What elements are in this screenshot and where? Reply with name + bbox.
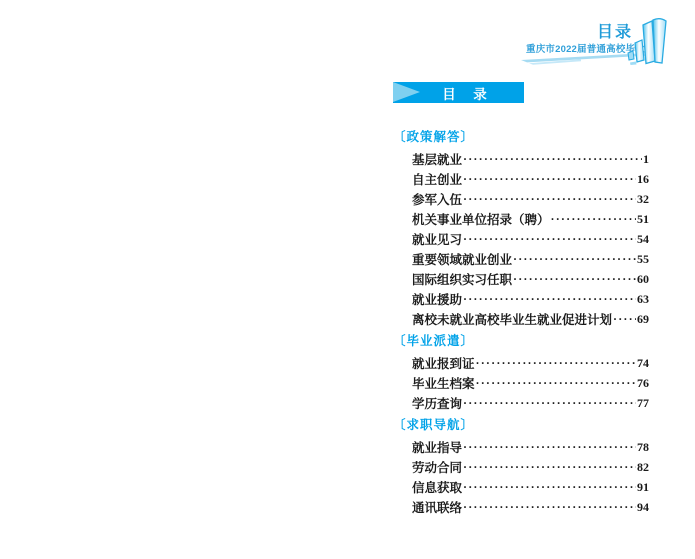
toc-entry-dot-leader: ········································…	[613, 309, 636, 329]
toc-entry-dot-leader: ········································…	[463, 229, 636, 249]
toc-section: 〔政策解答〕 基层就业 ····························…	[393, 130, 649, 329]
toc-entry-dot-leader: ········································…	[551, 209, 636, 229]
toc-entry-dot-leader: ········································…	[463, 289, 636, 309]
toc-section-rows: 就业报到证 ··································…	[393, 353, 649, 413]
toc-entry-dot-leader: ········································…	[476, 353, 636, 373]
chapter-banner-title: 目 录	[442, 83, 489, 103]
chapter-banner: 目 录	[393, 82, 524, 103]
toc-entry-page-number: 51	[637, 212, 649, 227]
toc-section-rows: 就业指导 ···································…	[393, 437, 649, 517]
toc-entry-title: 学历查询	[412, 394, 462, 412]
toc-entry-title: 自主创业	[412, 170, 462, 188]
toc-entry-title: 参军入伍	[412, 190, 462, 208]
toc-entry-page-number: 78	[637, 440, 649, 455]
toc-entry-dot-leader: ········································…	[463, 477, 636, 497]
toc-entry-page-number: 55	[637, 252, 649, 267]
toc-entry-dot-leader: ········································…	[463, 149, 642, 169]
toc-entry-page-number: 54	[637, 232, 649, 247]
toc-entry: 国际组织实习任职 ·······························…	[393, 269, 649, 289]
toc-entry-page-number: 74	[637, 356, 649, 371]
toc-entry: 就业指导 ···································…	[393, 437, 649, 457]
toc-entry: 参军入伍 ···································…	[393, 189, 649, 209]
toc-entry: 通讯联络 ···································…	[393, 497, 649, 517]
toc-entry-dot-leader: ········································…	[463, 189, 636, 209]
toc-entry: 信息获取 ···································…	[393, 477, 649, 497]
toc-entry: 就业援助 ···································…	[393, 289, 649, 309]
toc-section: 〔求职导航〕 就业指导 ····························…	[393, 418, 649, 517]
toc-entry: 机关事业单位招录（聘） ····························…	[393, 209, 649, 229]
toc-section-rows: 基层就业 ···································…	[393, 149, 649, 329]
banner-arrow-icon	[393, 82, 420, 102]
toc-entry-title: 毕业生档案	[412, 374, 475, 392]
toc-page: 目录 重庆市2022届普通高校毕业生 目 录 〔政策解答〕 基层就业 ·····…	[0, 0, 695, 559]
toc-entry-page-number: 82	[637, 460, 649, 475]
toc-entry-title: 国际组织实习任职	[412, 270, 512, 288]
toc-entry-dot-leader: ········································…	[476, 373, 636, 393]
toc-entry-title: 劳动合同	[412, 458, 462, 476]
table-of-contents: 〔政策解答〕 基层就业 ····························…	[393, 130, 649, 517]
toc-section-label: 〔毕业派遣〕	[393, 334, 649, 349]
toc-section-label: 〔求职导航〕	[393, 418, 649, 433]
toc-entry-page-number: 69	[637, 312, 649, 327]
toc-entry-page-number: 60	[637, 272, 649, 287]
toc-entry-title: 就业见习	[412, 230, 462, 248]
toc-entry: 就业见习 ···································…	[393, 229, 649, 249]
toc-entry-title: 基层就业	[412, 150, 462, 168]
toc-entry-title: 机关事业单位招录（聘）	[412, 210, 550, 228]
toc-entry-page-number: 63	[637, 292, 649, 307]
toc-entry: 学历查询 ···································…	[393, 393, 649, 413]
toc-entry-title: 就业报到证	[412, 354, 475, 372]
toc-entry: 毕业生档案 ··································…	[393, 373, 649, 393]
toc-entry: 自主创业 ···································…	[393, 169, 649, 189]
toc-entry-title: 离校未就业高校毕业生就业促进计划	[412, 310, 612, 328]
toc-entry-dot-leader: ········································…	[513, 269, 636, 289]
toc-entry-page-number: 32	[637, 192, 649, 207]
toc-entry-dot-leader: ········································…	[463, 457, 636, 477]
toc-entry-page-number: 91	[637, 480, 649, 495]
toc-entry-page-number: 94	[637, 500, 649, 515]
toc-entry-dot-leader: ········································…	[463, 169, 636, 189]
toc-entry-title: 重要领域就业创业	[412, 250, 512, 268]
toc-entry-page-number: 16	[637, 172, 649, 187]
toc-entry-dot-leader: ········································…	[463, 497, 636, 517]
toc-entry: 离校未就业高校毕业生就业促进计划 ·······················…	[393, 309, 649, 329]
toc-entry-dot-leader: ········································…	[463, 393, 636, 413]
toc-entry-title: 通讯联络	[412, 498, 462, 516]
toc-section-label: 〔政策解答〕	[393, 130, 649, 145]
toc-entry-page-number: 1	[643, 152, 649, 167]
toc-entry: 劳动合同 ···································…	[393, 457, 649, 477]
toc-entry: 就业报到证 ··································…	[393, 353, 649, 373]
toc-entry-title: 就业援助	[412, 290, 462, 308]
toc-entry-page-number: 77	[637, 396, 649, 411]
toc-entry-dot-leader: ········································…	[513, 249, 636, 269]
skyline-bars-icon	[627, 17, 669, 65]
toc-entry-title: 信息获取	[412, 478, 462, 496]
toc-section: 〔毕业派遣〕 就业报到证 ···························…	[393, 334, 649, 413]
toc-entry: 重要领域就业创业 ·······························…	[393, 249, 649, 269]
toc-entry-title: 就业指导	[412, 438, 462, 456]
toc-entry-dot-leader: ········································…	[463, 437, 636, 457]
toc-entry: 基层就业 ···································…	[393, 149, 649, 169]
toc-entry-page-number: 76	[637, 376, 649, 391]
